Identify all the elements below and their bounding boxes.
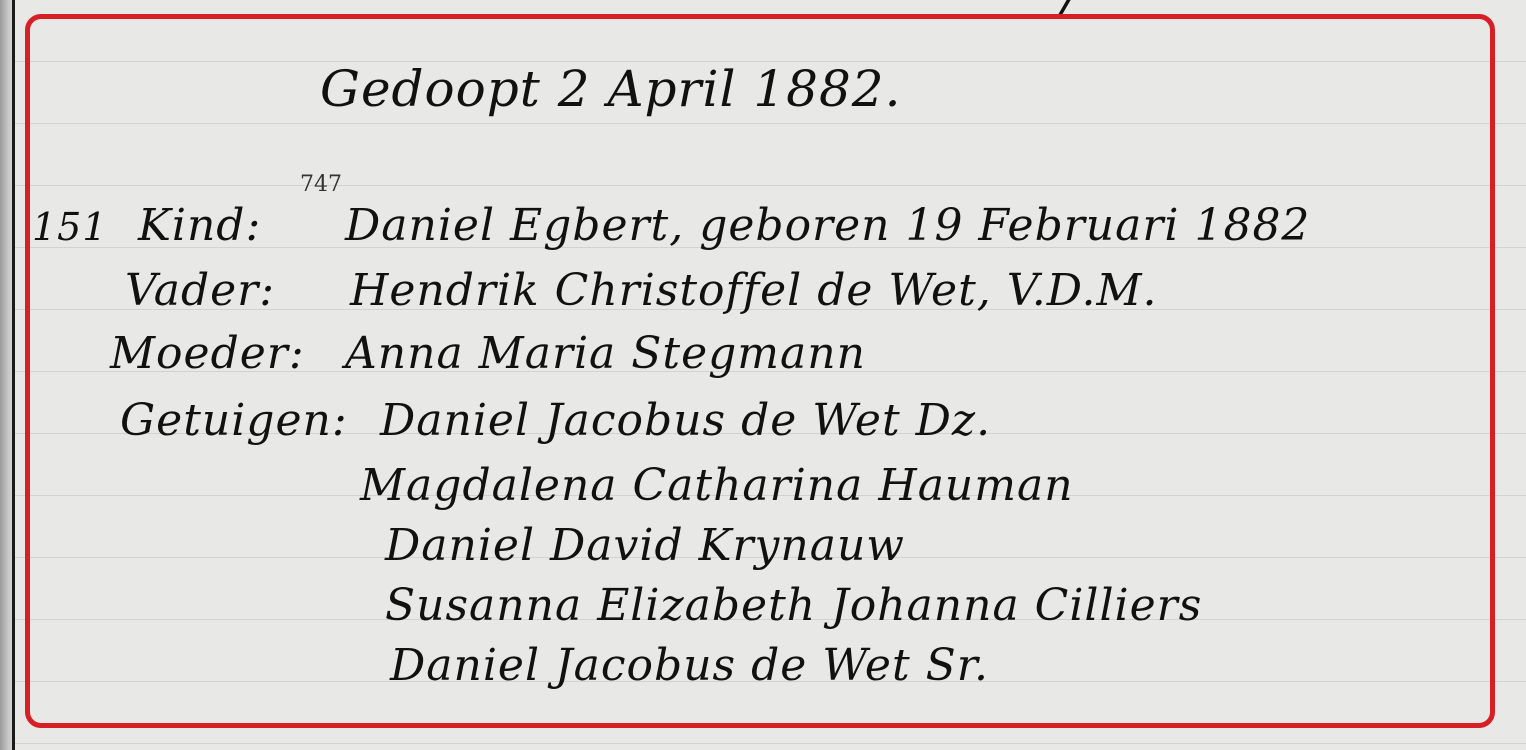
value-moeder: Anna Maria Stegmann: [345, 328, 866, 379]
baptism-date-heading: Gedoopt 2 April 1882.: [320, 60, 901, 118]
margin-annotation: 747: [300, 172, 342, 197]
register-page: Gedoopt 2 April 1882. 151 747 Kind: Dani…: [0, 0, 1526, 750]
witness-1: Daniel Jacobus de Wet Dz.: [380, 395, 991, 446]
label-vader: Vader:: [125, 265, 275, 316]
witness-2: Magdalena Catharina Hauman: [360, 460, 1074, 511]
label-kind: Kind:: [138, 200, 261, 251]
value-kind: Daniel Egbert, geboren 19 Februari 1882: [345, 200, 1310, 251]
witness-5: Daniel Jacobus de Wet Sr.: [390, 640, 989, 691]
value-vader: Hendrik Christoffel de Wet, V.D.M.: [350, 265, 1158, 316]
witness-4: Susanna Elizabeth Johanna Cilliers: [385, 580, 1202, 631]
page-margin-line: [12, 0, 15, 750]
label-getuigen: Getuigen:: [120, 395, 348, 446]
label-moeder: Moeder:: [110, 328, 305, 379]
witness-3: Daniel David Krynauw: [385, 520, 905, 571]
entry-number: 151: [32, 205, 108, 249]
